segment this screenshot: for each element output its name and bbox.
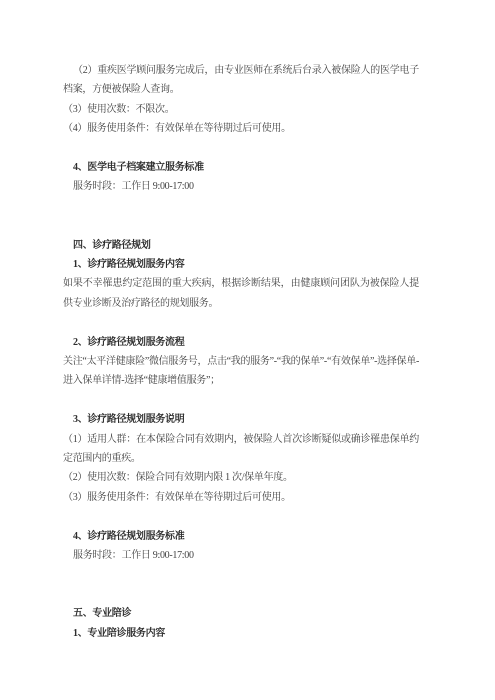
document-heading: 1、诊疗路径规划服务内容 (63, 255, 419, 274)
document-heading: 4、诊疗路径规划服务标准 (63, 527, 419, 546)
document-paragraph: （1）适用人群：在本保险合同有效期内，被保险人首次诊断疑似或确诊罹患保单约定范围… (63, 430, 419, 469)
document-paragraph: 服务时段：工作日 9:00-17:00 (63, 177, 419, 196)
document-heading: 4、医学电子档案建立服务标准 (63, 158, 419, 177)
document-paragraph: （4）服务使用条件：有效保单在等待期过后可使用。 (63, 119, 419, 138)
document-paragraph: （3）服务使用条件：有效保单在等待期过后可使用。 (63, 488, 419, 507)
document-paragraph: （3）使用次数：不限次。 (63, 100, 419, 119)
document-paragraph: （2）使用次数：保险合同有效期内限 1 次/保单年度。 (63, 468, 419, 487)
document-heading: 2、诊疗路径规划服务流程 (63, 333, 419, 352)
document-heading: 五、专业陪诊 (63, 604, 419, 623)
document-heading: 1、专业陪诊服务内容 (63, 624, 419, 643)
document-heading: 3、诊疗路径规划服务说明 (63, 410, 419, 429)
document-paragraph: 关注“太平洋健康险”微信服务号，点击“我的服务”-“我的保单”-“有效保单”-选… (63, 352, 419, 391)
document-heading: 四、诊疗路径规划 (63, 236, 419, 255)
document-paragraph: 服务时段：工作日 9:00-17:00 (63, 546, 419, 565)
document-paragraph: （2）重疾医学顾问服务完成后，由专业医师在系统后台录入被保险人的医学电子档案，方… (63, 61, 419, 100)
document-page: （2）重疾医学顾问服务完成后，由专业医师在系统后台录入被保险人的医学电子档案，方… (0, 0, 495, 700)
document-paragraph: 如果不幸罹患约定范围的重大疾病，根据诊断结果，由健康顾问团队为被保险人提供专业诊… (63, 274, 419, 313)
document-content: （2）重疾医学顾问服务完成后，由专业医师在系统后台录入被保险人的医学电子档案，方… (63, 61, 419, 643)
